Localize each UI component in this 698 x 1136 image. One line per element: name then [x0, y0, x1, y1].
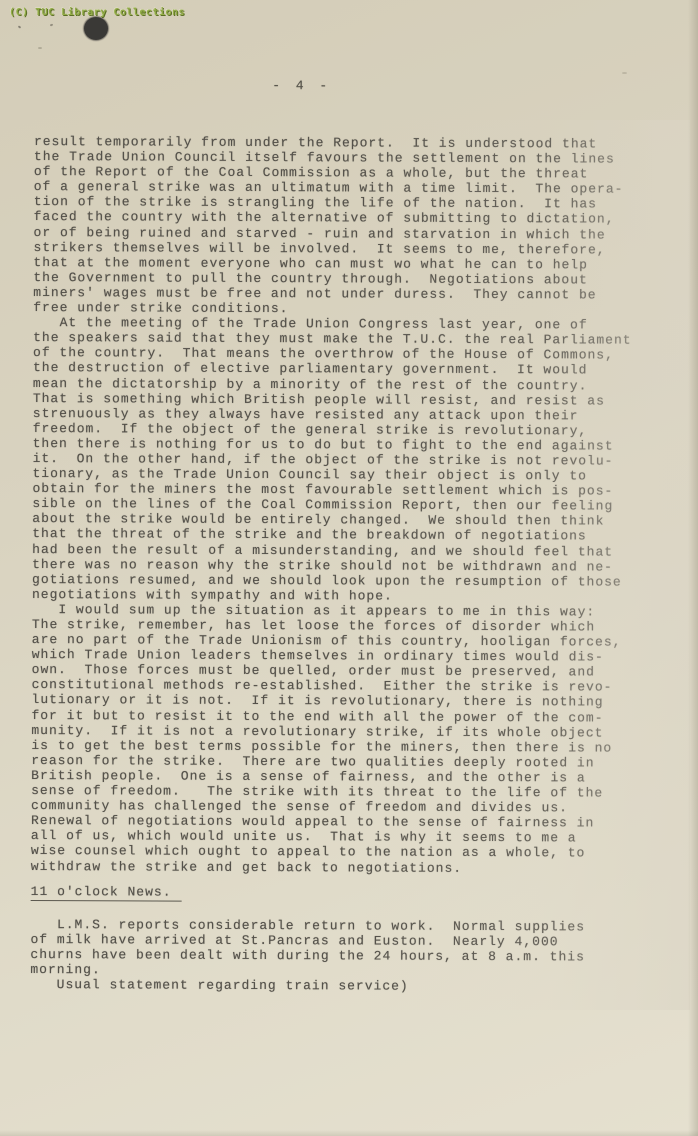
typewritten-text-layer: - 4 - result temporarily from under the …: [0, 0, 698, 1136]
paragraph-train-service-note: Usual statement regarding train service): [30, 977, 680, 995]
main-text-block: result temporarily from under the Report…: [31, 134, 684, 876]
page-edge-shadow-right: [688, 0, 698, 1136]
page-edge-shadow-bottom: [0, 1130, 698, 1136]
scanned-document-page: (C) TUC Library Collections - 4 - result…: [0, 0, 698, 1136]
paragraph-summary: I would sum up the situation as it appea…: [31, 602, 682, 877]
page-number: - 4 -: [272, 78, 331, 93]
section-heading-11-oclock-news: 11 o'clock News.: [31, 884, 182, 902]
paragraph-tuc-congress: At the meeting of the Trade Union Congre…: [32, 315, 683, 605]
news-text-block: L.M.S. reports considerable return to wo…: [30, 917, 680, 995]
paragraph-report-settlement: result temporarily from under the Report…: [33, 134, 684, 318]
paragraph-lms-report: L.M.S. reports considerable return to wo…: [30, 917, 680, 980]
